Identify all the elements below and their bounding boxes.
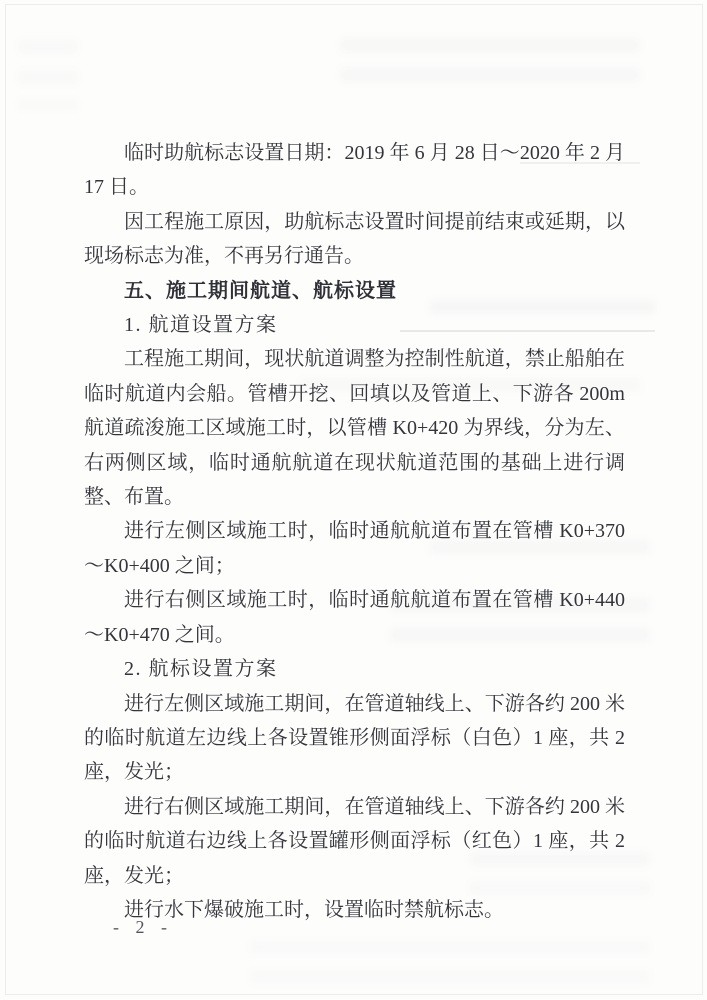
paragraph-body: 进行右侧区域施工期间，在管道轴线上、下游各约 200 米的临时航道右边线上各设置… (84, 790, 625, 893)
paragraph-body: 因工程施工原因，助航标志设置时间提前结束或延期，以现场标志为准，不再另行通告。 (84, 205, 625, 274)
bleedthrough-artifact (250, 940, 650, 990)
paragraph-subheading: 2. 航标设置方案 (84, 652, 625, 686)
document-body: 临时助航标志设置日期：2019 年 6 月 28 日～2020 年 2 月 17… (84, 136, 625, 927)
paragraph-body: 临时助航标志设置日期：2019 年 6 月 28 日～2020 年 2 月 17… (84, 136, 625, 205)
paragraph-body: 进行右侧区域施工时，临时通航航道布置在管槽 K0+440～K0+470 之间。 (84, 583, 625, 652)
paragraph-heading: 五、施工期间航道、航标设置 (84, 274, 625, 308)
paragraph-body: 进行左侧区域施工时，临时通航航道布置在管槽 K0+370～K0+400 之间； (84, 514, 625, 583)
bleedthrough-artifact (18, 40, 78, 110)
paragraph-body: 进行左侧区域施工期间，在管道轴线上、下游各约 200 米的临时航道左边线上各设置… (84, 687, 625, 790)
bleedthrough-artifact (340, 38, 640, 98)
document-page: 临时助航标志设置日期：2019 年 6 月 28 日～2020 年 2 月 17… (0, 0, 707, 1000)
page-number: - 2 - (113, 917, 173, 938)
paragraph-subheading: 1. 航道设置方案 (84, 308, 625, 342)
paragraph-body: 工程施工期间，现状航道调整为控制性航道，禁止船舶在临时航道内会船。管槽开挖、回填… (84, 342, 625, 514)
